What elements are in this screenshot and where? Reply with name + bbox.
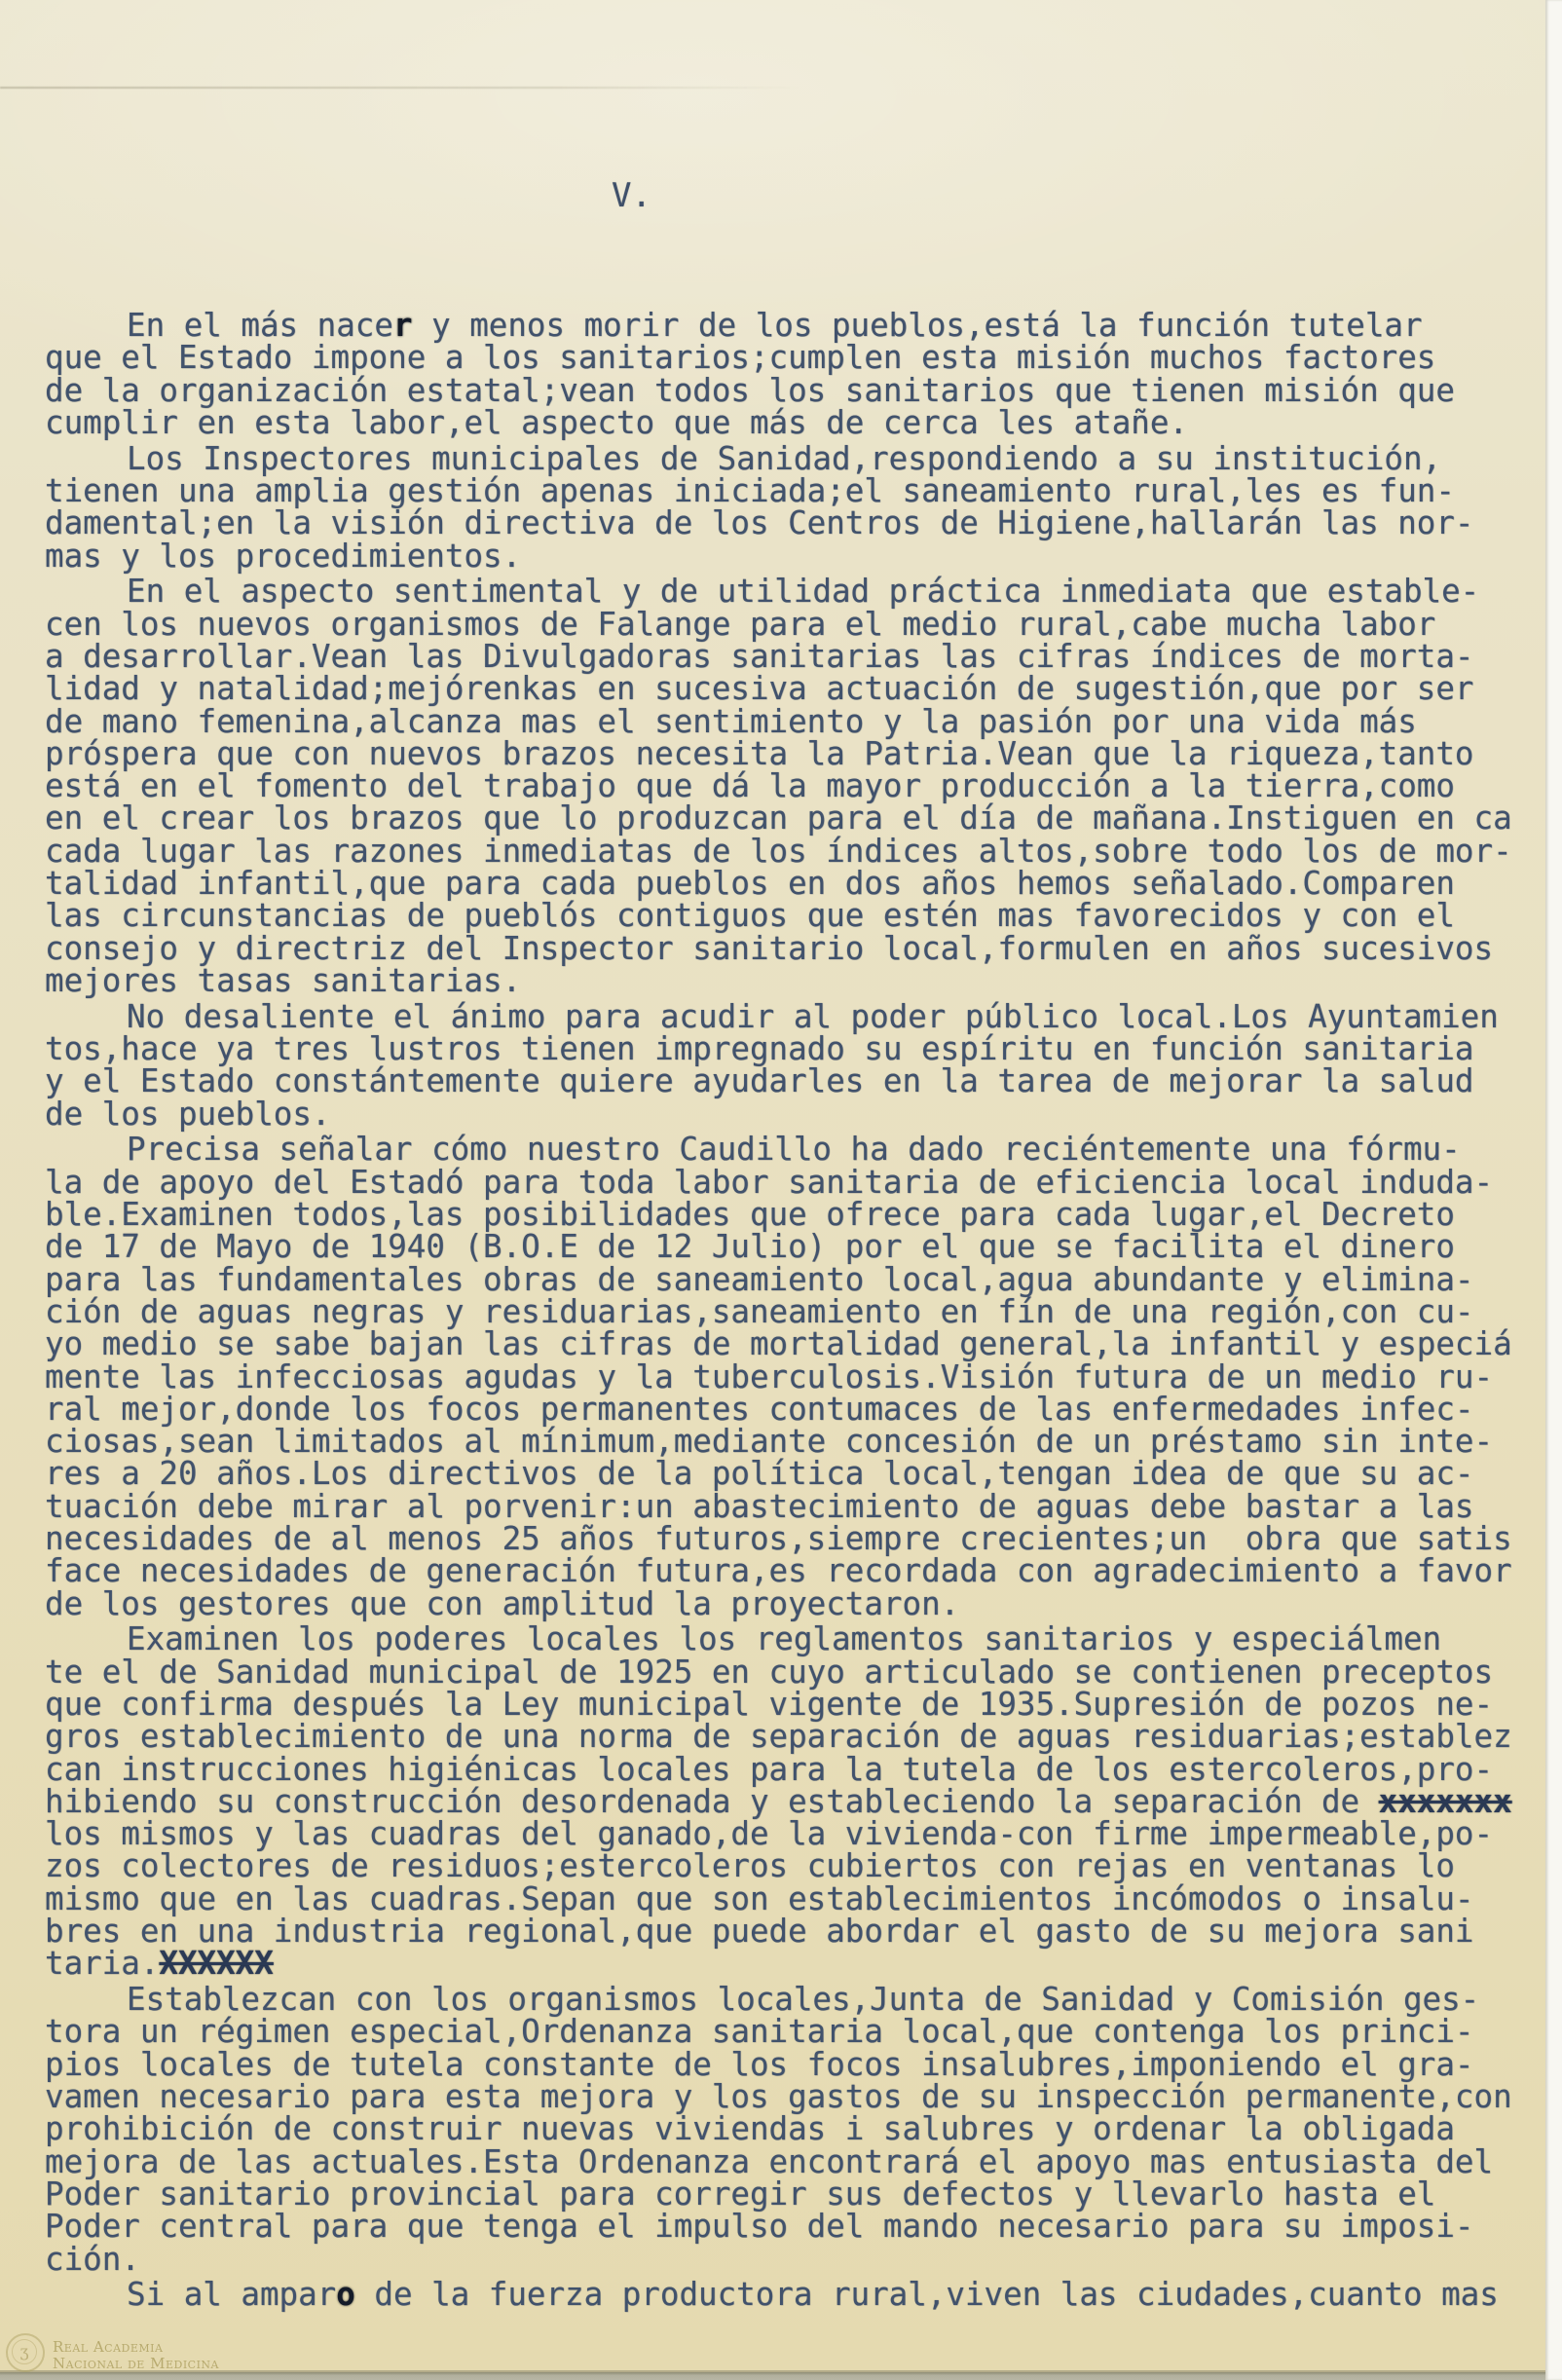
paper-crease-line xyxy=(0,87,800,89)
paragraph: No desaliente el ánimo para acudir al po… xyxy=(45,1001,1556,1131)
text-line: la de apoyo del Estadó para toda labor s… xyxy=(45,1167,1556,1199)
text-line: gros establecimiento de una norma de sep… xyxy=(45,1721,1556,1753)
text-line: can instrucciones higiénicas locales par… xyxy=(45,1754,1556,1786)
paper-sheet: V. En el más nacer y menos morir de los … xyxy=(0,0,1545,2373)
text-line: los mismos y las cuadras del ganado,de l… xyxy=(45,1818,1556,1850)
text-line: próspera que con nuevos brazos necesita … xyxy=(45,738,1556,770)
text-line: Examinen los poderes locales los reglame… xyxy=(45,1623,1556,1655)
text-line: de los gestores que con amplitud la proy… xyxy=(45,1588,1556,1620)
text-line: de la organización estatal;vean todos lo… xyxy=(45,375,1556,407)
scanned-document-page: V. En el más nacer y menos morir de los … xyxy=(0,0,1562,2380)
text-line: necesidades de al menos 25 años futuros,… xyxy=(45,1523,1556,1555)
text-line: En el aspecto sentimental y de utilidad … xyxy=(45,576,1556,608)
text-line: que confirma después la Ley municipal vi… xyxy=(45,1689,1556,1721)
academy-seal-icon: ʒ xyxy=(6,2333,45,2372)
scan-edge-bottom xyxy=(0,2372,1545,2380)
text-line: y el Estado constántemente quiere ayudar… xyxy=(45,1065,1556,1097)
typewritten-text: En el más nacer y menos morir de los pue… xyxy=(45,310,1556,2312)
watermark-line2: Nacional de Medicina xyxy=(53,2356,219,2372)
watermark-line1: Real Academia xyxy=(53,2339,219,2356)
text-line: lidad y natalidad;mejórenkas en sucesiva… xyxy=(45,673,1556,705)
text-line: mismo que en las cuadras.Sepan que son e… xyxy=(45,1883,1556,1915)
paragraph: Si al amparo de la fuerza productora rur… xyxy=(45,2279,1556,2311)
text-line: tos,hace ya tres lustros tienen impregna… xyxy=(45,1033,1556,1065)
text-line: mente las infecciosas agudas y la tuberc… xyxy=(45,1361,1556,1394)
text-line: res a 20 años.Los directivos de la polít… xyxy=(45,1458,1556,1490)
text-line: Poder central para que tenga el impulso … xyxy=(45,2211,1556,2243)
watermark: ʒ Real Academia Nacional de Medicina xyxy=(6,2333,219,2372)
text-line: talidad infantil,que para cada pueblos e… xyxy=(45,868,1556,900)
paragraph: Establezcan con los organismos locales,J… xyxy=(45,1984,1556,2276)
text-line: de 17 de Mayo de 1940 (B.O.E de 12 Julio… xyxy=(45,1231,1556,1263)
scan-edge-right xyxy=(1545,0,1562,2380)
text-line: ciosas,sean limitados al mínimum,mediant… xyxy=(45,1426,1556,1458)
text-line: ción de aguas negras y residuarias,sanea… xyxy=(45,1296,1556,1328)
text-line: damental;en la visión directiva de los C… xyxy=(45,507,1556,539)
text-line: tienen una amplia gestión apenas iniciad… xyxy=(45,475,1556,507)
text-line: Establezcan con los organismos locales,J… xyxy=(45,1984,1556,2016)
text-line: para las fundamentales obras de saneamie… xyxy=(45,1264,1556,1296)
text-line: en el crear los brazos que lo produzcan … xyxy=(45,802,1556,835)
text-line: mas y los procedimientos. xyxy=(45,540,1556,573)
text-line: Precisa señalar cómo nuestro Caudillo ha… xyxy=(45,1134,1556,1166)
text-line: a desarrollar.Vean las Divulgadoras sani… xyxy=(45,641,1556,673)
text-line: de los pueblos. xyxy=(45,1098,1556,1131)
text-line: Los Inspectores municipales de Sanidad,r… xyxy=(45,443,1556,475)
text-line: zos colectores de residuos;estercoleros … xyxy=(45,1850,1556,1882)
text-line: bres en una industria regional,que puede… xyxy=(45,1915,1556,1948)
page-number: V. xyxy=(612,176,651,215)
text-line: ción. xyxy=(45,2244,1556,2276)
text-line: las circunstancias de pueblós contiguos … xyxy=(45,900,1556,932)
text-line: ral mejor,donde los focos permanentes co… xyxy=(45,1394,1556,1426)
text-line: face necesidades de generación futura,es… xyxy=(45,1555,1556,1587)
text-line: prohibición de construir nuevas vivienda… xyxy=(45,2113,1556,2145)
text-line: Si al amparo de la fuerza productora rur… xyxy=(45,2279,1556,2311)
text-line: tora un régimen especial,Ordenanza sanit… xyxy=(45,2016,1556,2048)
text-line: tuación debe mirar al porvenir:un abaste… xyxy=(45,1491,1556,1523)
text-line: de mano femenina,alcanza mas el sentimie… xyxy=(45,706,1556,738)
text-line: Poder sanitario provincial para corregir… xyxy=(45,2178,1556,2211)
text-line: te el de Sanidad municipal de 1925 en cu… xyxy=(45,1656,1556,1689)
text-line: yo medio se sabe bajan las cifras de mor… xyxy=(45,1328,1556,1360)
text-line: mejores tasas sanitarias. xyxy=(45,965,1556,997)
text-line: que el Estado impone a los sanitarios;cu… xyxy=(45,342,1556,374)
watermark-text: Real Academia Nacional de Medicina xyxy=(53,2339,219,2372)
text-line: taria.XXXXXX xyxy=(45,1948,1556,1980)
text-line: No desaliente el ánimo para acudir al po… xyxy=(45,1001,1556,1033)
paragraph: Los Inspectores municipales de Sanidad,r… xyxy=(45,443,1556,573)
text-line: cumplir en esta labor,el aspecto que más… xyxy=(45,407,1556,439)
paragraph: Precisa señalar cómo nuestro Caudillo ha… xyxy=(45,1134,1556,1619)
text-line: vamen necesario para esta mejora y los g… xyxy=(45,2081,1556,2113)
seal-inner-ring: ʒ xyxy=(12,2339,37,2364)
paragraph: En el aspecto sentimental y de utilidad … xyxy=(45,576,1556,997)
text-line: cen los nuevos organismos de Falange par… xyxy=(45,609,1556,641)
text-line: pios locales de tutela constante de los … xyxy=(45,2049,1556,2081)
text-line: En el más nacer y menos morir de los pue… xyxy=(45,310,1556,342)
text-line: cada lugar las razones inmediatas de los… xyxy=(45,836,1556,868)
paragraph: Examinen los poderes locales los reglame… xyxy=(45,1623,1556,1980)
text-line: mejora de las actuales.Esta Ordenanza en… xyxy=(45,2146,1556,2178)
text-line: hibiendo su construcción desordenada y e… xyxy=(45,1786,1556,1818)
text-line: está en el fomento del trabajo que dá la… xyxy=(45,770,1556,802)
text-line: consejo y directriz del Inspector sanita… xyxy=(45,933,1556,965)
text-line: ble.Examinen todos,las posibilidades que… xyxy=(45,1199,1556,1231)
paragraph: En el más nacer y menos morir de los pue… xyxy=(45,310,1556,439)
